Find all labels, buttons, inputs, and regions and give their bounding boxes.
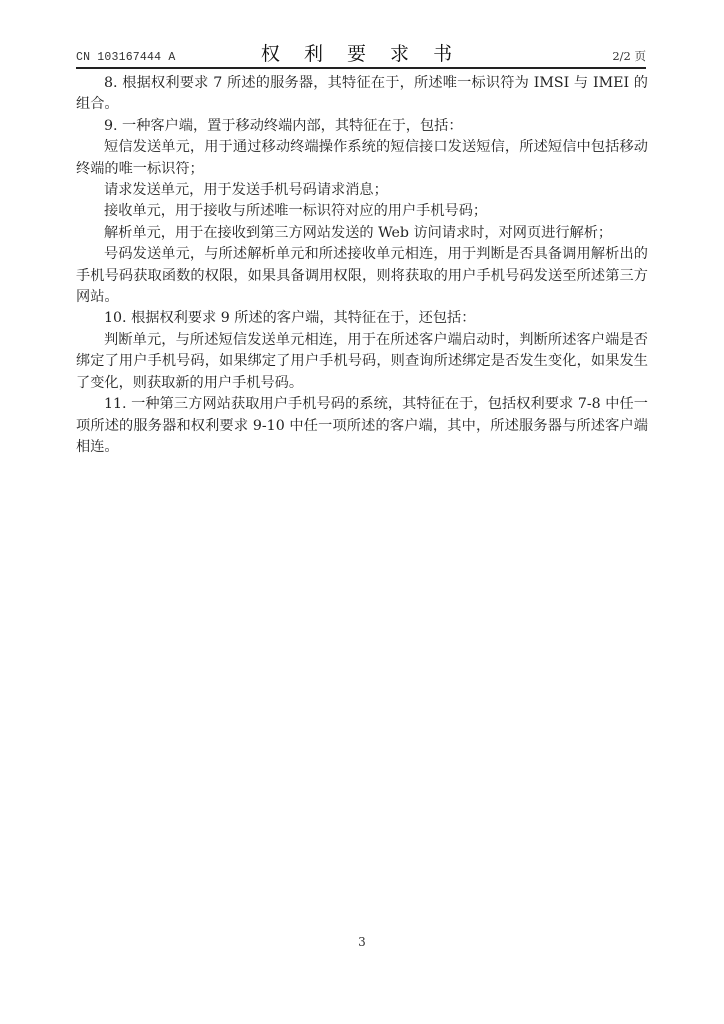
claim-11: 11. 一种第三方网站获取用户手机号码的系统，其特征在于，包括权利要求 7-8 … bbox=[76, 394, 648, 458]
claim-9-number-send-unit: 号码发送单元，与所述解析单元和所述接收单元相连，用于判断是否具备调用解析出的手机… bbox=[76, 244, 648, 308]
claim-9-parse-unit: 解析单元，用于在接收到第三方网站发送的 Web 访问请求时，对网页进行解析； bbox=[76, 223, 648, 244]
header-rule bbox=[76, 67, 646, 69]
page-indicator: 2/2 页 bbox=[612, 48, 646, 64]
claim-9-sms-unit: 短信发送单元，用于通过移动终端操作系统的短信接口发送短信，所述短信中包括移动终端… bbox=[76, 137, 648, 180]
page-header: CN 103167444 A 权 利 要 求 书 2/2 页 bbox=[76, 44, 646, 66]
claim-10-judge-unit: 判断单元，与所述短信发送单元相连，用于在所述客户端启动时，判断所述客户端是否绑定… bbox=[76, 330, 648, 394]
claim-10: 10. 根据权利要求 9 所述的客户端，其特征在于，还包括： bbox=[76, 308, 648, 329]
claims-body: 8. 根据权利要求 7 所述的服务器，其特征在于，所述唯一标识符为 IMSI 与… bbox=[76, 73, 648, 458]
page-number: 3 bbox=[0, 935, 724, 949]
document-title: 权 利 要 求 书 bbox=[76, 39, 646, 66]
claim-9-receive-unit: 接收单元，用于接收与所述唯一标识符对应的用户手机号码； bbox=[76, 201, 648, 222]
claim-8: 8. 根据权利要求 7 所述的服务器，其特征在于，所述唯一标识符为 IMSI 与… bbox=[76, 73, 648, 116]
claim-9: 9. 一种客户端，置于移动终端内部，其特征在于，包括： bbox=[76, 116, 648, 137]
claim-9-request-unit: 请求发送单元，用于发送手机号码请求消息； bbox=[76, 180, 648, 201]
